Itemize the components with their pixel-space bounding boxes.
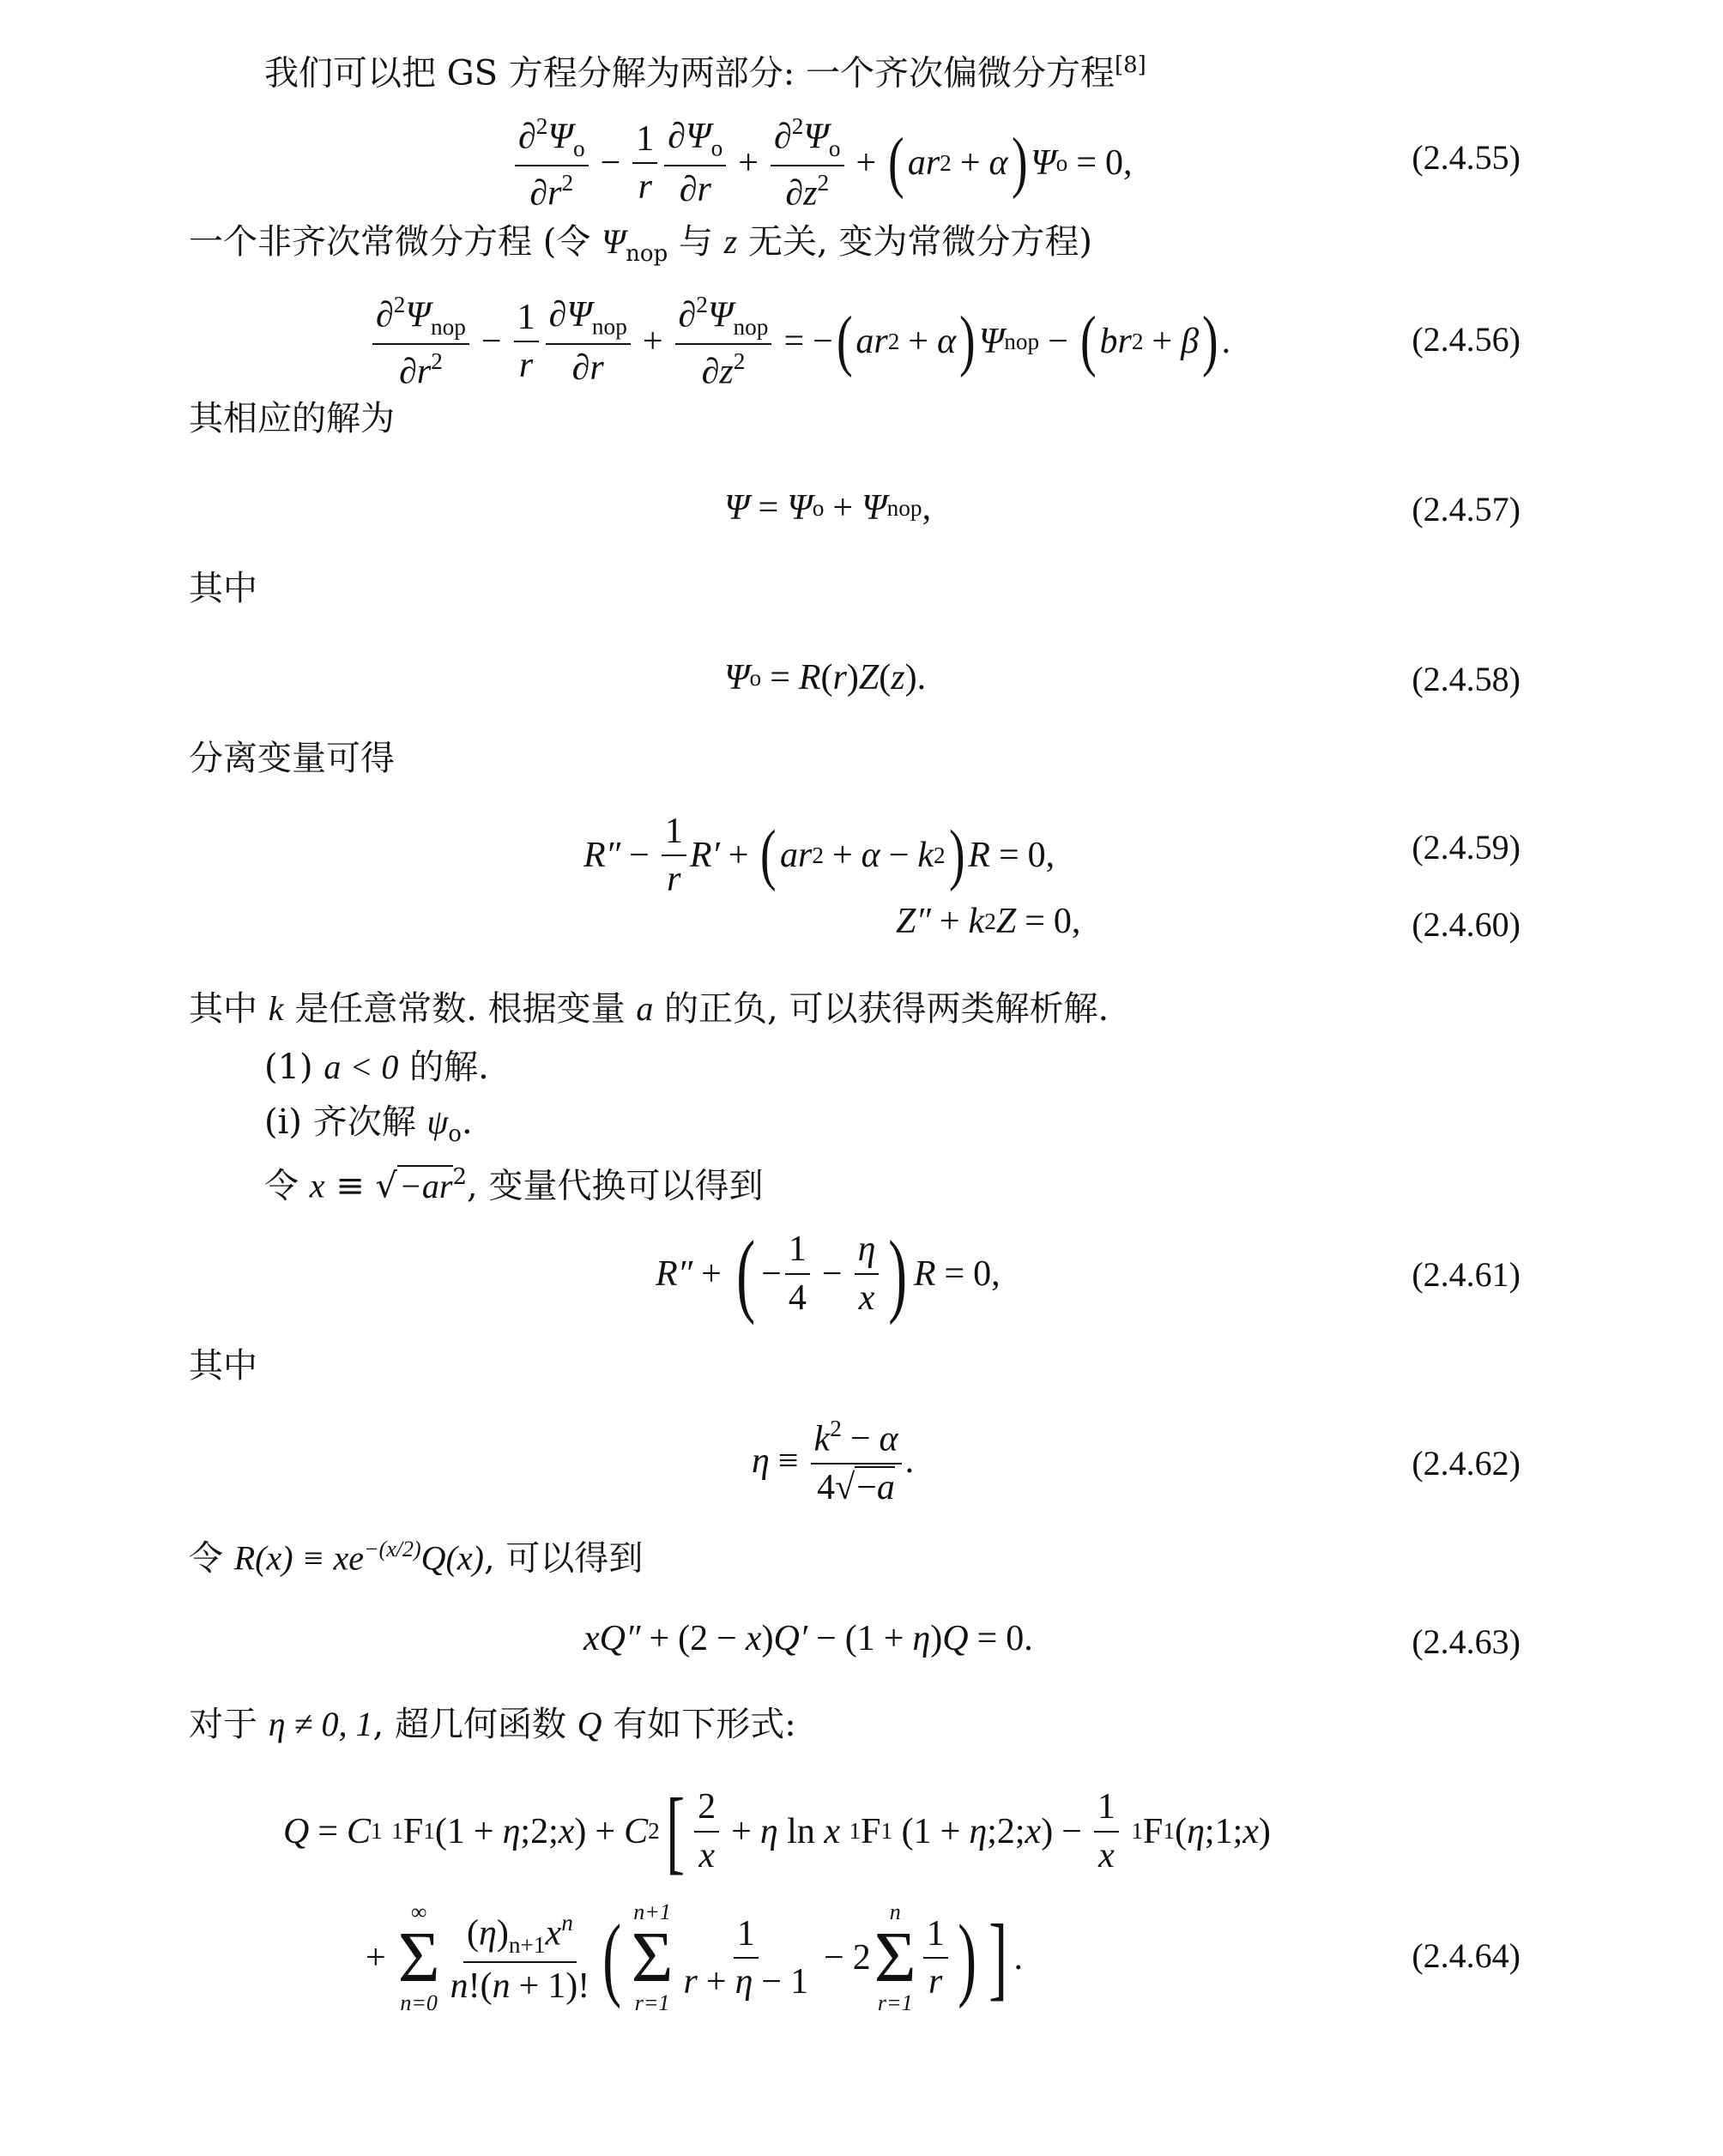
equation-2-4-56: ∂2Ψnop∂r2 − 1r ∂Ψnop∂r + ∂2Ψnop∂z2 =− (a…: [369, 292, 1230, 392]
equation-number-2-4-58: (2.4.58): [1412, 659, 1520, 699]
equation-2-4-57: Ψ=Ψo+Ψnop,: [724, 487, 931, 528]
paragraph-k-constant: 其中 k 是任意常数. 根据变量 a 的正负, 可以获得两类解析解.: [189, 987, 1109, 1031]
equation-number-2-4-55: (2.4.55): [1412, 137, 1520, 178]
intro-text: 我们可以把 GS 方程分解为两部分: 一个齐次偏微分方程: [264, 53, 1115, 93]
equation-2-4-58: Ψo=R(r)Z(z).: [724, 657, 926, 698]
paragraph-where-1: 其中: [189, 566, 257, 611]
equation-number-2-4-64: (2.4.64): [1412, 1936, 1520, 1976]
citation-8[interactable]: [8]: [1115, 52, 1146, 78]
equation-2-4-55: ∂2Ψo∂r2 − 1r ∂Ψo∂r + ∂2Ψo∂z2 + (ar2+α) Ψ…: [511, 113, 1133, 214]
paragraph-solution: 其相应的解为: [189, 396, 395, 441]
paragraph-separation: 分离变量可得: [189, 736, 395, 781]
equation-number-2-4-63: (2.4.63): [1412, 1622, 1520, 1662]
paragraph-hypergeometric: 对于 η ≠ 0, 1, 超几何函数 Q 有如下形式:: [189, 1702, 796, 1747]
paragraph-nonhomogeneous: 一个非齐次常微分方程 (令 Ψnop 与 z 无关, 变为常微分方程): [189, 220, 1092, 276]
paragraph-intro: 我们可以把 GS 方程分解为两部分: 一个齐次偏微分方程[8]: [264, 43, 1146, 95]
equation-2-4-62: η≡ k2−α4√−a.: [752, 1416, 914, 1507]
equation-2-4-60: Z″+k2Z=0,: [896, 901, 1080, 942]
paragraph-r-substitution: 令 R(x) ≡ xe−(x/2)Q(x), 可以得到: [189, 1527, 643, 1581]
equation-number-2-4-61: (2.4.61): [1412, 1254, 1520, 1295]
equation-2-4-64-line-2: + ∞Σn=0 (η)n+1xnn!(n+1)! ( n+1Σr=1 1r+η−…: [357, 1901, 1023, 2014]
equation-2-4-64-line-1: Q=C1 1F1(1+η;2;x)+C2 [ 2x +η ln x 1F1 (1…: [283, 1785, 1271, 1878]
equation-number-2-4-56: (2.4.56): [1412, 319, 1520, 359]
paragraph-where-2: 其中: [189, 1344, 257, 1388]
equation-2-4-61: R″+ ( − 14 − ηx ) R=0,: [656, 1227, 1001, 1320]
paragraph-substitution: 令 x ≡ √−ar2, 变量代换可以得到: [264, 1155, 763, 1209]
paragraph-case-i: (i) 齐次解 ψo.: [264, 1100, 473, 1157]
equation-number-2-4-62: (2.4.62): [1412, 1443, 1520, 1483]
equation-number-2-4-57: (2.4.57): [1412, 489, 1520, 529]
equation-number-2-4-60: (2.4.60): [1412, 904, 1520, 945]
paragraph-case-1: (1) a < 0 的解.: [264, 1045, 489, 1090]
equation-2-4-59: R″− 1r R′+ (ar2+α−k2) R=0,: [583, 812, 1055, 899]
equation-2-4-63: xQ″+(2−x)Q′−(1+η)Q=0.: [583, 1618, 1033, 1659]
equation-number-2-4-59: (2.4.59): [1412, 827, 1520, 867]
